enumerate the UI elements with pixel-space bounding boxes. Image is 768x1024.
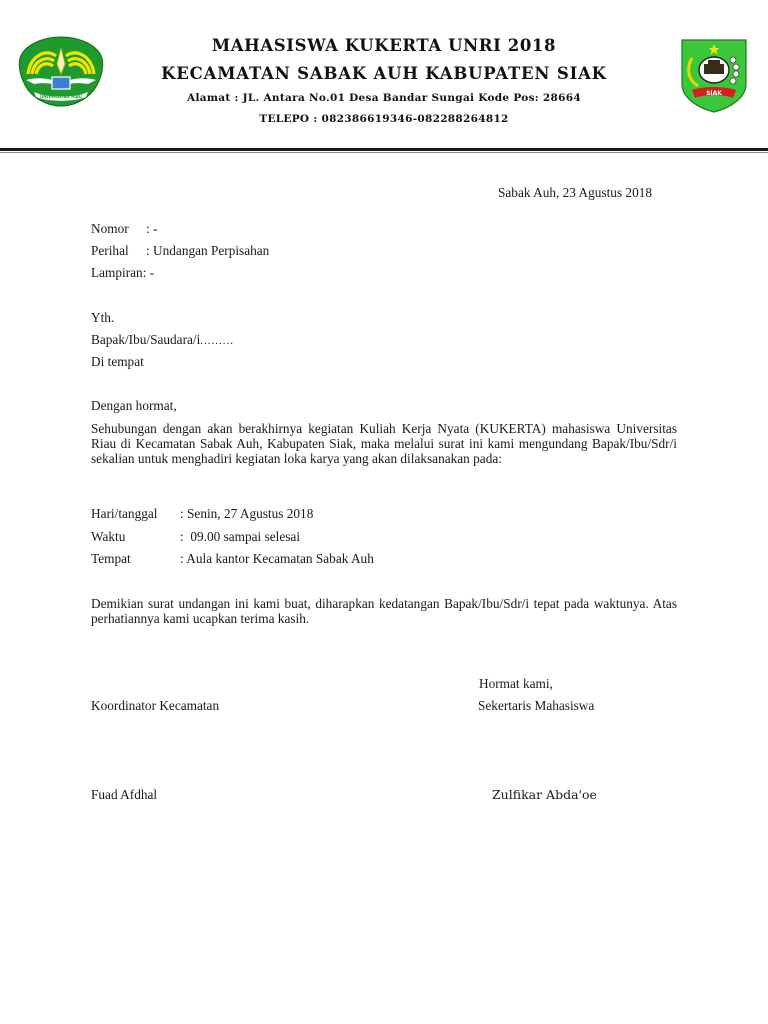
meta-value-nomor: : - [146,221,157,237]
event-value-date: : Senin, 27 Agustus 2018 [180,506,313,522]
right-signer-name: Zulfikar Abda'oe [492,787,597,802]
closing-phrase: Hormat kami, [479,676,553,692]
event-value-place: : Aula kantor Kecamatan Sabak Auh [180,551,374,567]
recipient-name: Bapak/Ibu/Saudara/i......... [91,332,234,348]
left-signer-name: Fuad Afdhal [91,787,157,803]
body-paragraph: Sehubungan dengan akan berakhirnya kegia… [91,421,677,467]
meta-label-perihal: Perihal [91,243,129,259]
letterhead-title-line2: KECAMATAN SABAK AUH KABUPATEN SIAK [0,64,768,83]
letterhead-divider-thick [0,148,768,151]
event-label-place: Tempat [91,551,131,567]
event-label-time: Waktu [91,529,125,545]
letterhead-title-line1: MAHASISWA KUKERTA UNRI 2018 [0,36,768,55]
recipient-name-placeholder: ......... [200,335,234,347]
right-signer-title: Sekertaris Mahasiswa [478,698,594,714]
meta-value-perihal: : Undangan Perpisahan [146,243,269,259]
letterhead-phone: TELEPO : 082386619346-082288264812 [0,113,768,125]
place-date: Sabak Auh, 23 Agustus 2018 [498,185,652,201]
letterhead-divider-thin [0,152,768,153]
left-signer-title: Koordinator Kecamatan [91,698,219,714]
recipient-salutation: Yth. [91,310,114,326]
meta-label-nomor: Nomor [91,221,129,237]
closing-paragraph: Demikian surat undangan ini kami buat, d… [91,596,677,626]
letterhead-address: Alamat : JL. Antara No.01 Desa Bandar Su… [0,92,768,104]
event-value-time: : 09.00 sampai selesai [180,529,300,545]
greeting: Dengan hormat, [91,398,177,414]
event-label-date: Hari/tanggal [91,506,157,522]
meta-label-lampiran: Lampiran: - [91,265,154,281]
recipient-place: Di tempat [91,354,144,370]
